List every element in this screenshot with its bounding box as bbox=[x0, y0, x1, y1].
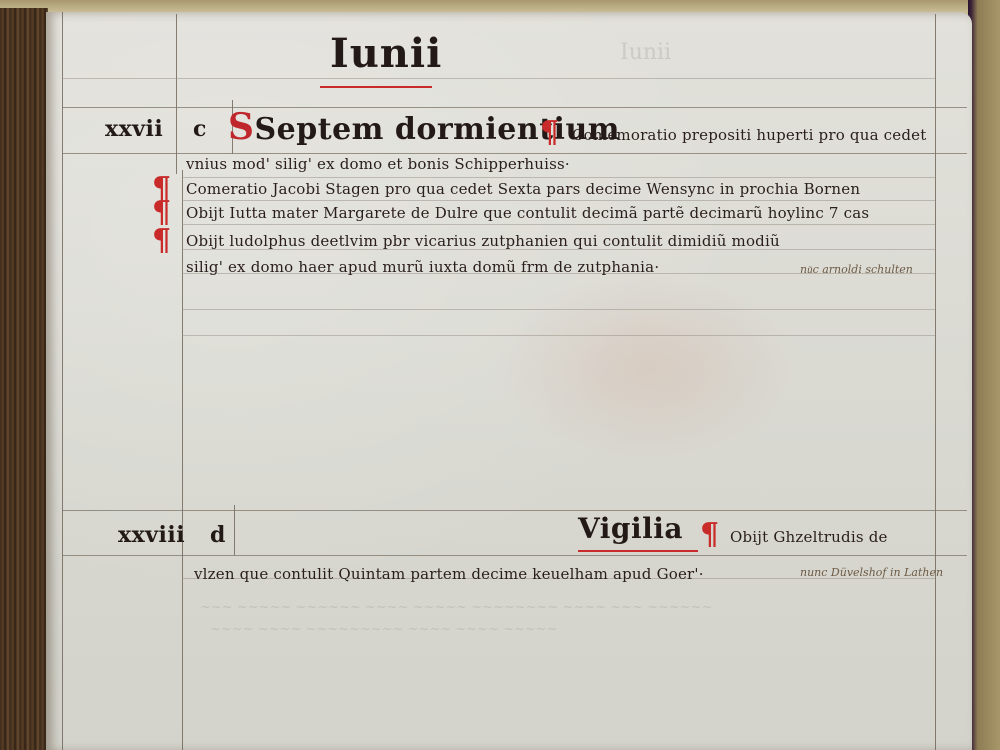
ruling-line bbox=[182, 200, 935, 201]
dominical-letter: d bbox=[210, 522, 226, 548]
entry-line: Obijt ludolphus deetlvim pbr vicarius zu… bbox=[186, 232, 780, 250]
entry-line: Comemoratio prepositi huperti pro qua ce… bbox=[572, 126, 926, 144]
month-heading: Iunii bbox=[330, 30, 442, 77]
day-numeral: xxvii bbox=[105, 116, 163, 142]
book-page-edges bbox=[0, 8, 48, 750]
entry-line: silig' ex domo haer apud murũ iuxta domũ… bbox=[186, 258, 659, 276]
entry-line: vlzen que contulit Quintam partem decime… bbox=[194, 565, 704, 583]
ruling-margin-left bbox=[62, 12, 63, 750]
entry-line: Comeratio Jacobi Stagen pro qua cedet Se… bbox=[186, 180, 860, 198]
ruling-line bbox=[182, 177, 935, 178]
feast-title-text: Septem dormientium bbox=[255, 112, 621, 147]
feast-title-initial: S bbox=[228, 106, 255, 148]
ruling-line bbox=[62, 153, 967, 154]
entry-line: Obijt Ghzeltrudis de bbox=[730, 528, 888, 546]
paragraph-mark-icon: ¶ bbox=[540, 118, 559, 148]
month-heading-text: Iunii bbox=[330, 30, 442, 77]
later-hand-note: nu͂c arnoldi schulten bbox=[800, 263, 913, 276]
paragraph-mark-icon: ¶ bbox=[152, 226, 171, 256]
later-hand-note: nunc Düvelshof in Lathen bbox=[800, 566, 943, 579]
ruling-line bbox=[182, 335, 935, 336]
book-cover-edge bbox=[968, 0, 1000, 750]
month-underline bbox=[320, 86, 432, 88]
show-through-text: ~~~ ~~~~~ ~~~~~~ ~~~~ ~~~~~ ~~~~~~~~ ~~~… bbox=[200, 600, 712, 615]
show-through-text: Iunii bbox=[620, 40, 671, 65]
ruling-line bbox=[182, 224, 935, 225]
day-numeral: xxviii bbox=[118, 522, 185, 548]
feast-title: SSeptem dormientium bbox=[228, 106, 620, 148]
paragraph-mark-icon: ¶ bbox=[700, 520, 719, 550]
ruling-line bbox=[62, 510, 967, 511]
feast-title-text: Vigilia bbox=[578, 512, 683, 545]
dominical-letter: c bbox=[193, 116, 207, 142]
entry-line: Obijt Iutta mater Margarete de Dulre que… bbox=[186, 204, 869, 222]
feast-title: Vigilia bbox=[578, 512, 683, 545]
ruling-right-margin bbox=[935, 14, 936, 750]
ruling-line bbox=[62, 78, 935, 79]
ruling-letter-column-2 bbox=[234, 505, 235, 555]
feast-underline bbox=[578, 550, 698, 552]
show-through-text: ~~~~ ~~~~ ~~~~~~~~~ ~~~~ ~~~~ ~~~~~ bbox=[210, 622, 557, 637]
ruling-numeral-column bbox=[176, 14, 177, 174]
entry-line: vnius mod' silig' ex domo et bonis Schip… bbox=[186, 155, 570, 173]
ruling-line bbox=[182, 309, 935, 310]
ruling-line bbox=[62, 555, 967, 556]
ruling-text-column bbox=[182, 170, 183, 750]
